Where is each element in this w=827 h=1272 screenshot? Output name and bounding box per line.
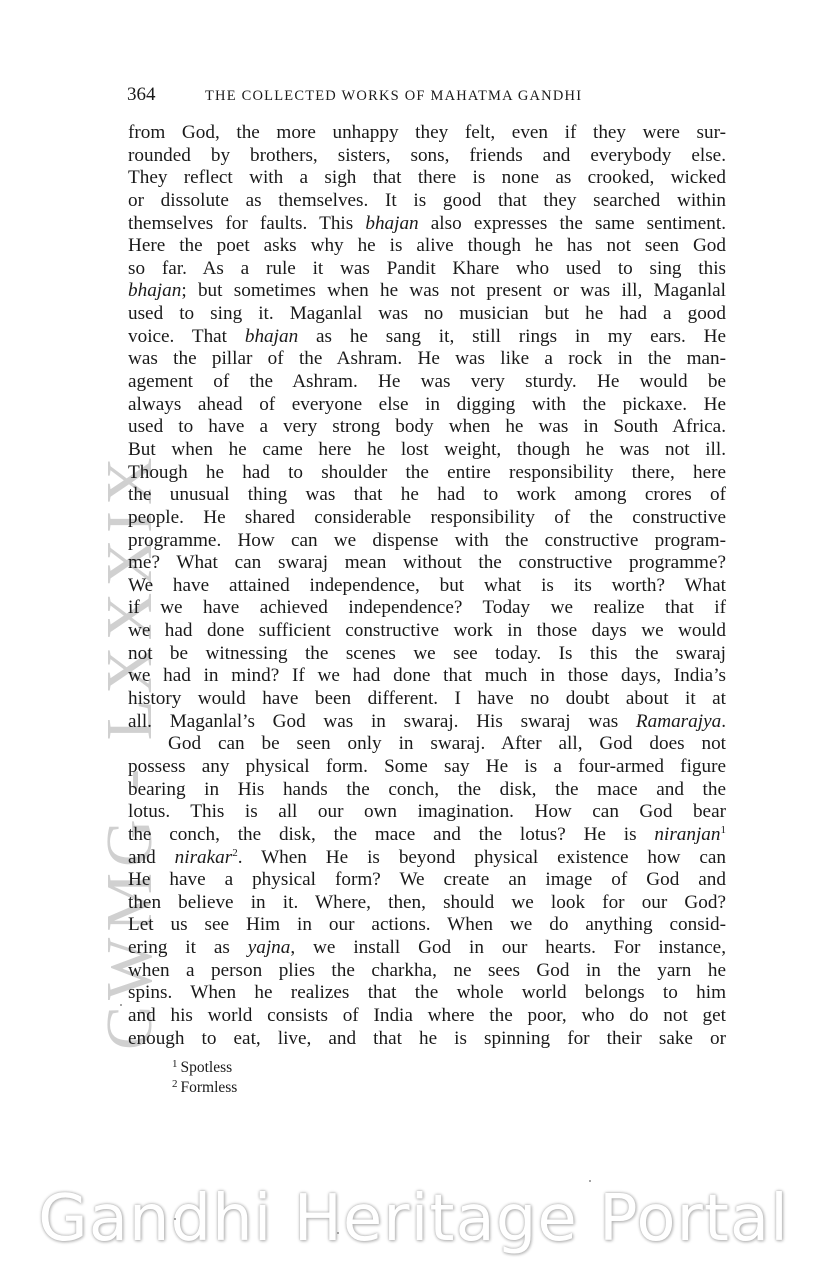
- text-line: We have attained independence, but what …: [128, 575, 726, 598]
- text-line: enough to eat, live, and that he is spin…: [128, 1028, 726, 1051]
- footnote-text: Formless: [181, 1079, 238, 1096]
- scan-speck: [174, 1218, 176, 1220]
- text-line: Though he had to shoulder the entire res…: [128, 462, 726, 485]
- text-line: Here the poet asks why he is alive thoug…: [128, 235, 726, 258]
- text-line: people. He shared considerable responsib…: [128, 507, 726, 530]
- text-line: They reflect with a sigh that there is n…: [128, 167, 726, 190]
- text-line: then believe in it. Where, then, should …: [128, 892, 726, 915]
- text-line: the conch, the disk, the mace and the lo…: [128, 824, 726, 847]
- italic-term: yajna: [248, 937, 291, 958]
- text-line: agement of the Ashram. He was very sturd…: [128, 371, 726, 394]
- running-head: THE COLLECTED WORKS OF MAHATMA GANDHI: [205, 88, 582, 105]
- italic-term: bhajan: [245, 326, 298, 347]
- text-line: we had in mind? If we had done that much…: [128, 665, 726, 688]
- text-line: He have a physical form? We create an im…: [128, 869, 726, 892]
- text-line: voice. That bhajan as he sang it, still …: [128, 326, 726, 349]
- footnote-ref: 2: [232, 847, 238, 859]
- text-line: lotus. This is all our own imagination. …: [128, 801, 726, 824]
- text-line: themselves for faults. This bhajan also …: [128, 213, 726, 236]
- text-line: not be witnessing the scenes we see toda…: [128, 643, 726, 666]
- text-line: me? What can swaraj mean without the con…: [128, 552, 726, 575]
- italic-term: niranjan: [654, 824, 720, 845]
- text-line: or dissolute as themselves. It is good t…: [128, 190, 726, 213]
- italic-term: bhajan: [128, 280, 181, 301]
- text-line: ering it as yajna, we install God in our…: [128, 937, 726, 960]
- page-number: 364: [127, 84, 156, 106]
- italic-term: Ramarajya: [636, 711, 721, 732]
- text-line: bhajan; but sometimes when he was not pr…: [128, 280, 726, 303]
- footnote-item: 1Spotless: [172, 1058, 237, 1078]
- text-line: Let us see Him in our actions. When we d…: [128, 914, 726, 937]
- text-line: we had done sufficient constructive work…: [128, 620, 726, 643]
- footnote-marker: 1: [172, 1058, 178, 1070]
- scan-speck: [589, 1180, 591, 1182]
- text-line: spins. When he realizes that the whole w…: [128, 982, 726, 1005]
- document-page: CWMG - LXXXIX 364 THE COLLECTED WORKS OF…: [0, 0, 827, 1272]
- text-line: when a person plies the charkha, ne sees…: [128, 960, 726, 983]
- text-line: the unusual thing was that he had to wor…: [128, 484, 726, 507]
- footnote-ref: 1: [721, 824, 727, 836]
- text-line: possess any physical form. Some say He i…: [128, 756, 726, 779]
- footnote-marker: 2: [172, 1078, 178, 1090]
- footnote-item: 2Formless: [172, 1078, 237, 1098]
- text-line: programme. How can we dispense with the …: [128, 530, 726, 553]
- scan-speck: [337, 1232, 339, 1234]
- scan-speck: [120, 1004, 122, 1006]
- text-line: always ahead of everyone else in digging…: [128, 394, 726, 417]
- footnote-text: Spotless: [181, 1059, 233, 1076]
- text-line: God can be seen only in swaraj. After al…: [128, 733, 726, 756]
- footnotes: 1Spotless2Formless: [172, 1058, 237, 1098]
- text-line: bearing in His hands the conch, the disk…: [128, 779, 726, 802]
- text-line: rounded by brothers, sisters, sons, frie…: [128, 145, 726, 168]
- italic-term: nirakar: [175, 847, 233, 868]
- text-line: But when he came here he lost weight, th…: [128, 439, 726, 462]
- text-line: all. Maganlal’s God was in swaraj. His s…: [128, 711, 726, 734]
- text-line: from God, the more unhappy they felt, ev…: [128, 122, 726, 145]
- text-line: history would have been different. I hav…: [128, 688, 726, 711]
- body-text: from God, the more unhappy they felt, ev…: [128, 122, 726, 1050]
- portal-watermark: Gandhi Heritage Portal: [12, 1182, 815, 1256]
- text-line: used to sing it. Maganlal was no musicia…: [128, 303, 726, 326]
- italic-term: bhajan: [365, 213, 418, 234]
- page-header: 364 THE COLLECTED WORKS OF MAHATMA GANDH…: [127, 84, 727, 108]
- text-line: so far. As a rule it was Pandit Khare wh…: [128, 258, 726, 281]
- text-line: was the pillar of the Ashram. He was lik…: [128, 348, 726, 371]
- text-line: and nirakar2. When He is beyond physical…: [128, 847, 726, 870]
- text-line: used to have a very strong body when he …: [128, 416, 726, 439]
- text-line: if we have achieved independence? Today …: [128, 597, 726, 620]
- text-line: and his world consists of India where th…: [128, 1005, 726, 1028]
